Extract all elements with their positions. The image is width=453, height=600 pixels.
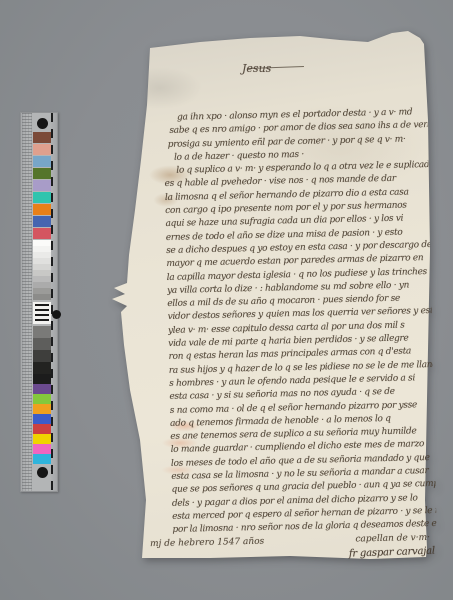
registration-dot-icon — [37, 118, 48, 129]
color-calibration-strip — [20, 112, 58, 492]
dark-gray-step — [33, 326, 51, 338]
manuscript-closing: capellan de v·m· — [355, 533, 430, 545]
ruler-markings — [22, 113, 32, 491]
color-patch — [33, 204, 51, 215]
color-patch — [33, 192, 51, 203]
color-patch — [33, 144, 51, 155]
color-patch — [33, 444, 51, 454]
color-patch — [33, 228, 51, 239]
color-patch — [33, 374, 51, 384]
color-patch — [33, 180, 51, 191]
patch-column — [33, 117, 51, 481]
color-patch — [33, 414, 51, 424]
registration-dash-line — [51, 113, 53, 491]
dark-gray-step — [33, 350, 51, 362]
color-patch — [33, 404, 51, 414]
color-patch — [33, 216, 51, 227]
dark-gray-step — [33, 362, 51, 374]
registration-dot-icon — [52, 310, 61, 319]
gray-step — [33, 294, 51, 300]
color-patch — [33, 168, 51, 179]
color-patch — [33, 132, 51, 143]
color-patch — [33, 384, 51, 394]
color-patch — [33, 424, 51, 434]
color-patch — [33, 454, 51, 464]
color-patch — [33, 394, 51, 404]
registration-dot-icon — [37, 467, 48, 478]
color-patch — [33, 434, 51, 444]
manuscript-page: Jesus ga ihn xpo · alonso myn es el port… — [110, 28, 435, 564]
archival-photo: Jesus ga ihn xpo · alonso myn es el port… — [0, 0, 453, 600]
dark-gray-step — [33, 338, 51, 350]
manuscript-invocation: Jesus — [242, 62, 271, 75]
color-patch — [33, 156, 51, 167]
manuscript-body: ga ihn xpo · alonso myn es el portador d… — [163, 106, 437, 537]
barcode-label — [33, 302, 51, 324]
